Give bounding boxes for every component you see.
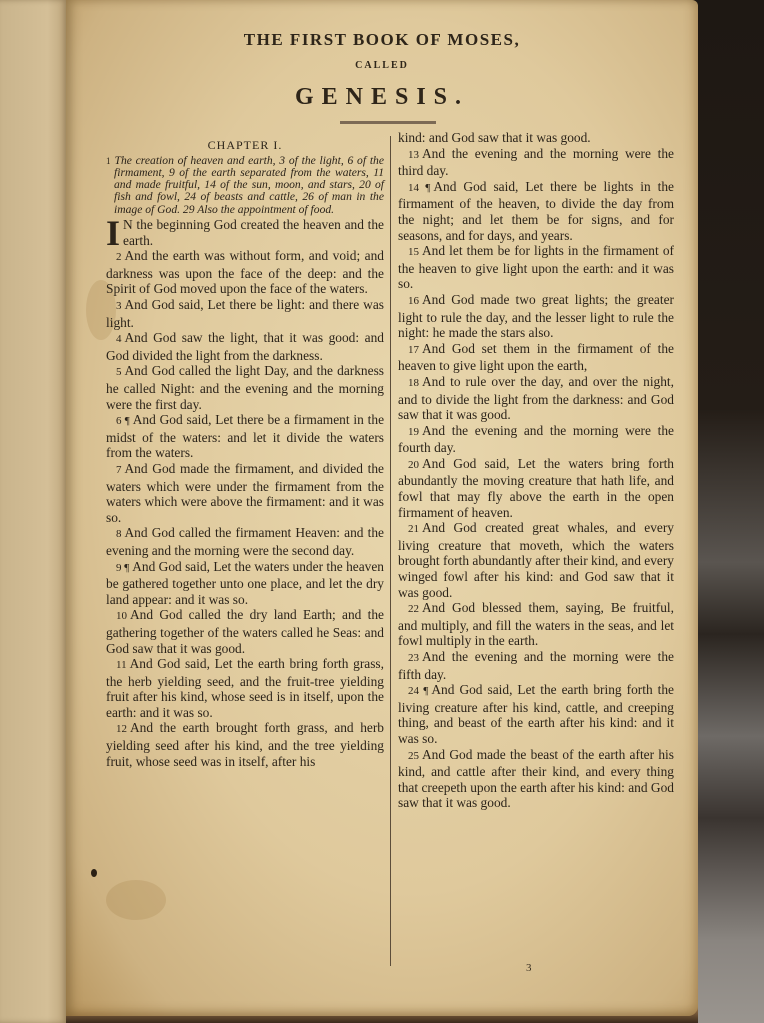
verse-text: And let them be for lights in the firmam… (398, 243, 674, 291)
verse: 18And to rule over the day, and over the… (398, 374, 674, 423)
verse-text: And God said, Let there be light: and th… (106, 297, 384, 330)
verse-text: And God created great whales, and every … (398, 520, 674, 599)
verse-number: 3 (116, 300, 122, 312)
verse: 15And let them be for lights in the firm… (398, 243, 674, 292)
left-column: CHAPTER I. 1The creation of heaven and e… (106, 130, 384, 769)
verse: 22And God blessed them, saying, Be fruit… (398, 600, 674, 649)
verse-text: And God made the firmament, and divided … (106, 461, 384, 525)
verse-number: 15 (408, 246, 419, 258)
book-name: GENESIS. (66, 84, 698, 111)
verse-number: 20 (408, 459, 419, 471)
title-rule (340, 121, 436, 124)
verse: 17And God set them in the firmament of t… (398, 341, 674, 374)
facing-page-edge (0, 0, 68, 1023)
verse: 25And God made the beast of the earth af… (398, 747, 674, 811)
verse: 23And the evening and the morning were t… (398, 649, 674, 682)
verse: 9 ¶And God said, Let the waters under th… (106, 559, 384, 608)
verse-number: 11 (116, 659, 127, 671)
verse-number: 19 (408, 426, 419, 438)
verse-text: And the evening and the morning were the… (398, 146, 674, 179)
drop-cap: I (106, 218, 120, 248)
verse-text: And the earth brought forth grass, and h… (106, 720, 384, 768)
verse-text: And to rule over the day, and over the n… (398, 374, 674, 422)
verse: 21And God created great whales, and ever… (398, 520, 674, 600)
chapter-summary: 1The creation of heaven and earth, 3 of … (106, 155, 384, 216)
verse: 4And God saw the light, that it was good… (106, 330, 384, 363)
verse-text: And God called the dry land Earth; and t… (106, 607, 384, 655)
right-verses: kind: and God saw that it was good.13And… (398, 130, 674, 811)
called-label: CALLED (66, 60, 698, 71)
verse-number: 2 (116, 251, 122, 263)
verse: 14 ¶And God said, Let there be lights in… (398, 179, 674, 243)
verse-text: And God called the firmament Heaven: and… (106, 525, 384, 558)
verse: 10And God called the dry land Earth; and… (106, 607, 384, 656)
book-title: THE FIRST BOOK OF MOSES, (66, 30, 698, 50)
verse-number: 17 (408, 344, 419, 356)
verse: 3And God said, Let there be light: and t… (106, 297, 384, 330)
verse-number: 23 (408, 652, 419, 664)
verse-text: And God said, Let the waters bring forth… (398, 456, 674, 520)
verse: 24 ¶And God said, Let the earth bring fo… (398, 682, 674, 746)
verse: 2And the earth was without form, and voi… (106, 248, 384, 297)
verse: 19And the evening and the morning were t… (398, 423, 674, 456)
chapter-heading: CHAPTER I. (106, 138, 384, 154)
verse: kind: and God saw that it was good. (398, 130, 674, 146)
verse-text: And God set them in the firmament of the… (398, 341, 674, 374)
verse-text: N the beginning God created the heaven a… (123, 217, 384, 248)
verse-number: 6 ¶ (116, 415, 130, 427)
verse-text: And the earth was without form, and void… (106, 248, 384, 296)
verse: 16And God made two great lights; the gre… (398, 292, 674, 341)
verse-number: 25 (408, 750, 419, 762)
verse-number: 5 (116, 366, 122, 378)
verse-number: 14 ¶ (408, 182, 430, 194)
summary-mark: 1 (106, 156, 111, 166)
verse-number: 7 (116, 464, 122, 476)
verse-number: 22 (408, 603, 419, 615)
verse-number: 21 (408, 523, 419, 535)
verse: 5And God called the light Day, and the d… (106, 363, 384, 412)
verse-number: 13 (408, 149, 419, 161)
verse-text: And God called the light Day, and the da… (106, 363, 384, 411)
verse: 7And God made the firmament, and divided… (106, 461, 384, 525)
verse-number: 4 (116, 333, 122, 345)
verse: 6 ¶And God said, Let there be a firmamen… (106, 412, 384, 461)
page-number: 3 (526, 962, 532, 974)
column-divider (390, 136, 391, 966)
verse-text: kind: and God saw that it was good. (398, 130, 591, 145)
verse-number: 24 ¶ (408, 685, 428, 697)
verse-text: And God made the beast of the earth afte… (398, 747, 674, 811)
verse-text: And God saw the light, that it was good:… (106, 330, 384, 363)
verse-number: 16 (408, 295, 419, 307)
right-column: kind: and God saw that it was good.13And… (398, 130, 674, 811)
verse-text: And God made two great lights; the great… (398, 292, 674, 340)
verse: 11And God said, Let the earth bring fort… (106, 656, 384, 720)
margin-mark (91, 869, 97, 877)
verse-number: 18 (408, 377, 419, 389)
verse-number: 8 (116, 528, 122, 540)
verse: IN the beginning God created the heaven … (106, 217, 384, 248)
verse-text: And the evening and the morning were the… (398, 649, 674, 682)
verse-number: 12 (116, 723, 127, 735)
verse-text: And God said, Let the waters under the h… (106, 559, 384, 607)
verse-text: And God said, Let the earth bring forth … (398, 682, 674, 746)
left-verses: IN the beginning God created the heaven … (106, 217, 384, 769)
verse-text: And God said, Let the earth bring forth … (106, 656, 384, 720)
verse: 8And God called the firmament Heaven: an… (106, 525, 384, 558)
verse-text: And God blessed them, saying, Be fruitfu… (398, 600, 674, 648)
verse-text: And the evening and the morning were the… (398, 423, 674, 456)
verse-text: And God said, Let there be lights in the… (398, 179, 674, 243)
verse-number: 9 ¶ (116, 562, 129, 574)
verse: 13And the evening and the morning were t… (398, 146, 674, 179)
verse: 12And the earth brought forth grass, and… (106, 720, 384, 769)
verse-number: 10 (116, 610, 127, 622)
verse: 20And God said, Let the waters bring for… (398, 456, 674, 520)
verse-text: And God said, Let there be a firmament i… (106, 412, 384, 460)
paper-stain (106, 880, 166, 920)
book-page: THE FIRST BOOK OF MOSES, CALLED GENESIS.… (66, 0, 698, 1016)
